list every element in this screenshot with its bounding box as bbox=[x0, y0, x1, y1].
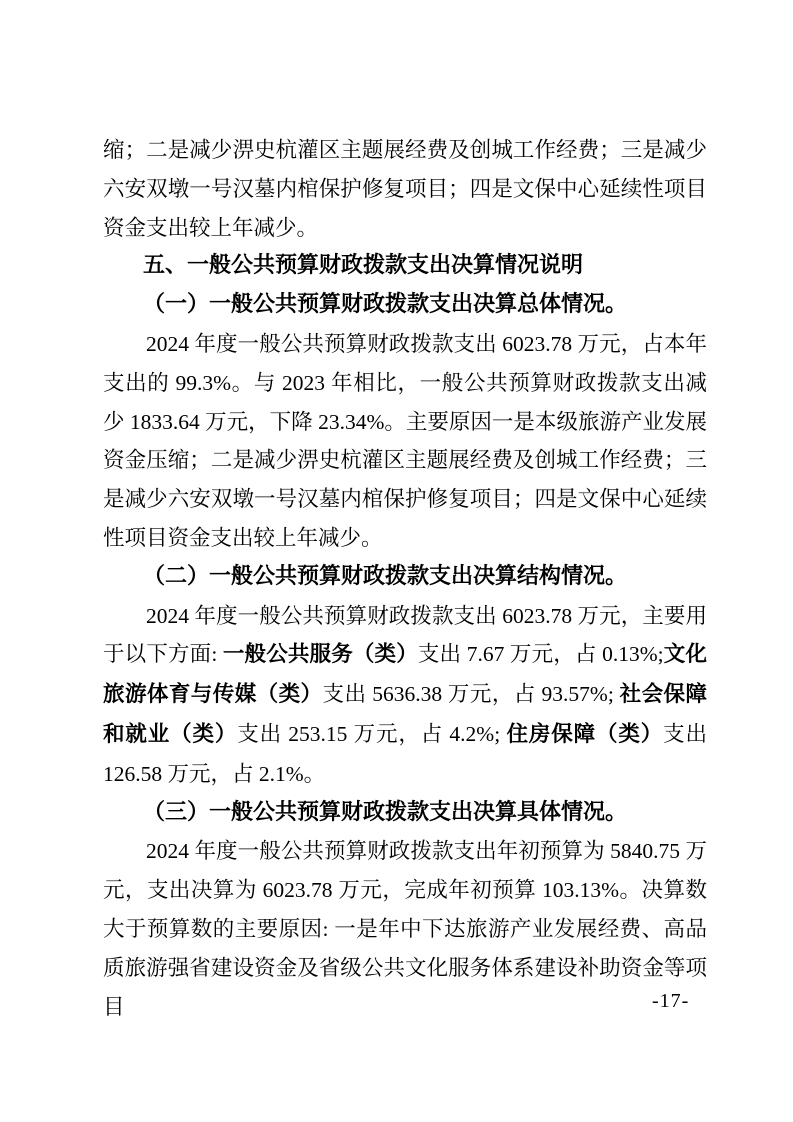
section-heading-5: 五、一般公共预算财政拨款支出决算情况说明 bbox=[103, 247, 707, 286]
document-page: 缩；二是减少淠史杭灌区主题展经费及创城工作经费；三是减少六安双墩一号汉墓内棺保护… bbox=[0, 0, 793, 1122]
document-body: 缩；二是减少淠史杭灌区主题展经费及创城工作经费；三是减少六安双墩一号汉墓内棺保护… bbox=[103, 131, 707, 1026]
text-run-bold-general-public-services: 一般公共服务（类） bbox=[223, 642, 418, 667]
paragraph-continuation: 缩；二是减少淠史杭灌区主题展经费及创城工作经费；三是减少六安双墩一号汉墓内棺保护… bbox=[103, 131, 707, 247]
text-run-bold-housing-security: 住房保障（类） bbox=[506, 722, 663, 747]
paragraph-specific-situation: 2024 年度一般公共预算财政拨款支出年初预算为 5840.75 万元，支出决算… bbox=[103, 832, 707, 1026]
subsection-heading-3: （三）一般公共预算财政拨款支出决算具体情况。 bbox=[103, 794, 707, 833]
paragraph-overall-situation: 2024 年度一般公共预算财政拨款支出 6023.78 万元，占本年支出的 99… bbox=[103, 325, 707, 558]
text-run: 支出 7.67 万元，占 0.13%; bbox=[418, 642, 664, 666]
page-number: -17- bbox=[652, 990, 689, 1013]
text-run: 支出 5636.38 万元，占 93.57%; bbox=[323, 682, 620, 706]
paragraph-expenditure-structure: 2024 年度一般公共预算财政拨款支出 6023.78 万元，主要用于以下方面:… bbox=[103, 597, 707, 794]
text-run: 支出 253.15 万元，占 4.2%; bbox=[237, 722, 506, 746]
subsection-heading-2: （二）一般公共预算财政拨款支出决算结构情况。 bbox=[103, 558, 707, 597]
subsection-heading-1: （一）一般公共预算财政拨款支出决算总体情况。 bbox=[103, 286, 707, 325]
